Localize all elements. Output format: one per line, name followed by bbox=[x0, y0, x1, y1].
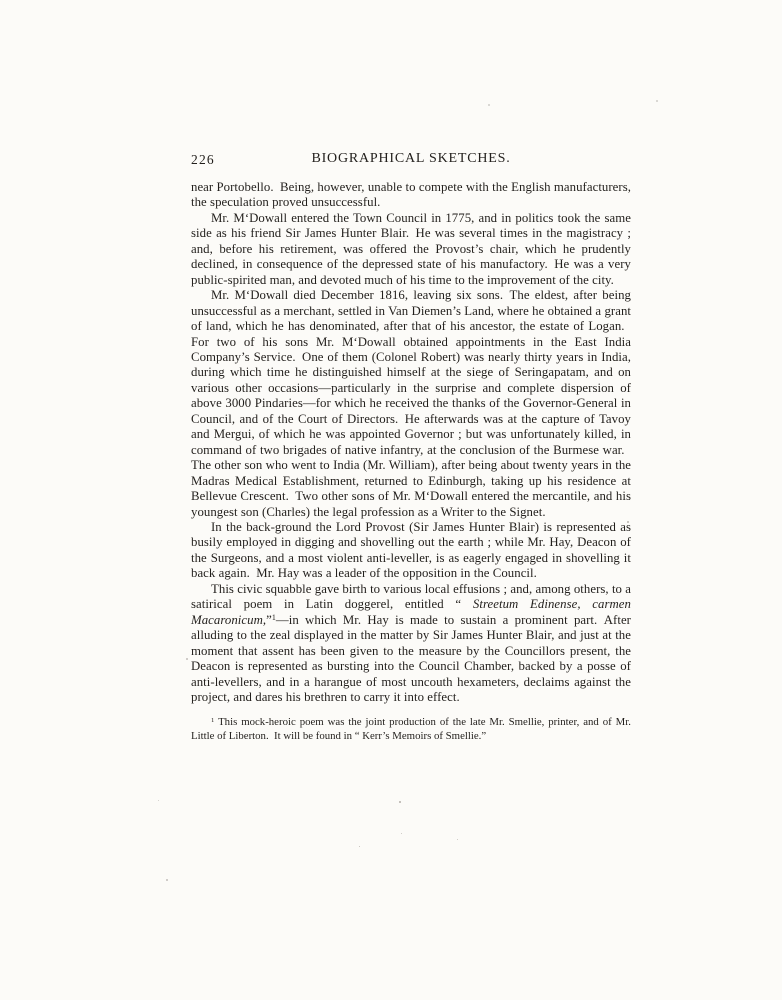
scan-speck bbox=[627, 521, 629, 523]
text-run: ” bbox=[266, 613, 272, 627]
text-column: near Portobello. Being, however, unable … bbox=[191, 180, 631, 744]
text-run: In the back-ground the Lord Provost (Sir… bbox=[191, 520, 631, 580]
footnote-reference: 1 bbox=[272, 613, 276, 622]
paragraph: near Portobello. Being, however, unable … bbox=[191, 180, 631, 211]
scan-speck bbox=[457, 839, 458, 840]
footnote-marker: 1 bbox=[211, 717, 214, 724]
footnote-text: This mock-heroic poem was the joint prod… bbox=[191, 716, 631, 742]
paragraph: Mr. M‘Dowall died December 1816, leaving… bbox=[191, 288, 631, 520]
scan-speck bbox=[359, 846, 360, 847]
paragraph: In the back-ground the Lord Provost (Sir… bbox=[191, 520, 631, 582]
running-title: BIOGRAPHICAL SKETCHES. bbox=[191, 151, 631, 167]
text-run: Mr. M‘Dowall entered the Town Council in… bbox=[191, 211, 631, 287]
text-run: Mr. M‘Dowall died December 1816, leaving… bbox=[191, 288, 631, 518]
text-run: near Portobello. Being, however, unable … bbox=[191, 180, 631, 209]
scan-speck bbox=[399, 801, 401, 803]
paragraph: Mr. M‘Dowall entered the Town Council in… bbox=[191, 211, 631, 288]
scan-speck bbox=[488, 104, 490, 106]
scan-speck bbox=[166, 879, 168, 881]
footnote: 1 This mock-heroic poem was the joint pr… bbox=[191, 716, 631, 744]
scan-speck bbox=[158, 800, 159, 801]
scan-speck bbox=[186, 658, 188, 660]
scan-speck bbox=[656, 100, 658, 102]
paragraph: This civic squabble gave birth to variou… bbox=[191, 582, 631, 706]
scan-speck bbox=[401, 833, 402, 834]
book-page: 226 BIOGRAPHICAL SKETCHES. near Portobel… bbox=[0, 0, 782, 1000]
body-paragraphs: near Portobello. Being, however, unable … bbox=[191, 180, 631, 705]
